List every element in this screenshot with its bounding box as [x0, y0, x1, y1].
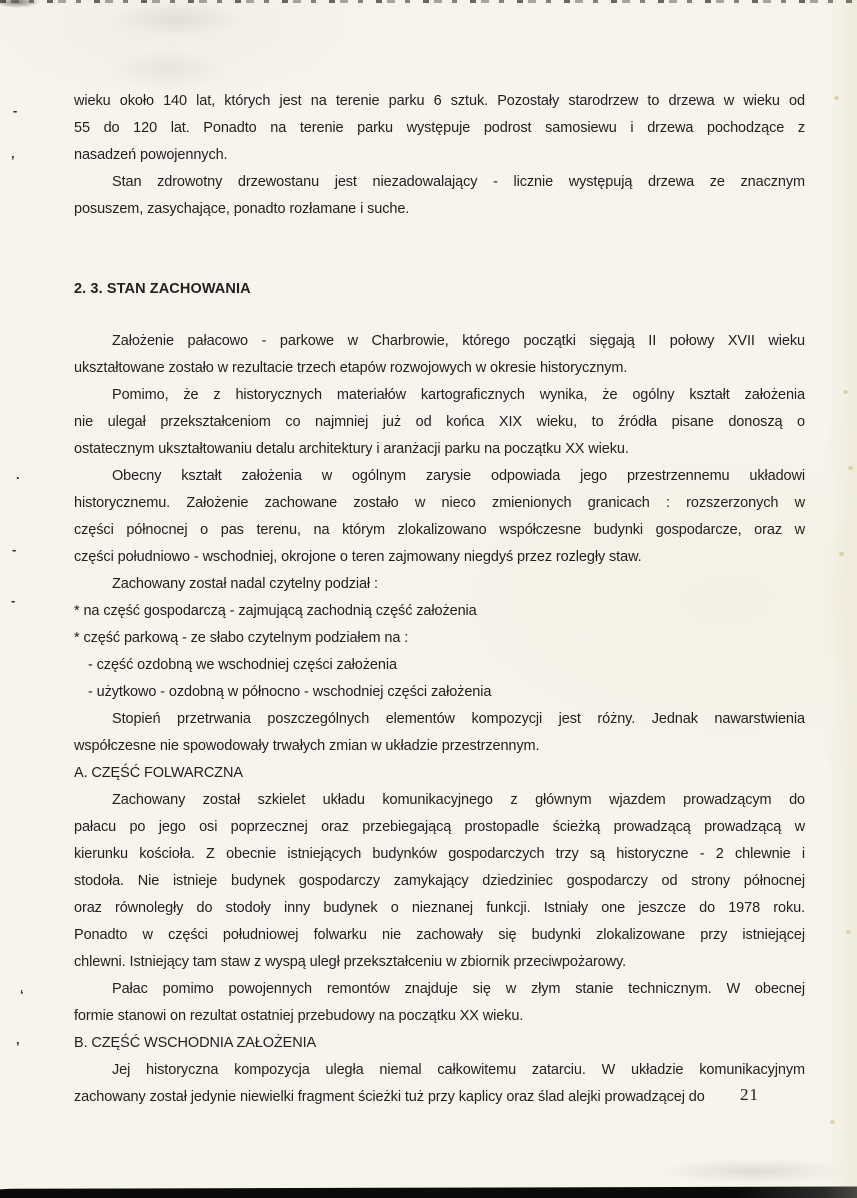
- sub-heading: B. CZĘŚĆ WSCHODNIA ZAŁOŻENIA: [74, 1030, 805, 1057]
- scanned-page: wieku około 140 lat, których jest na ter…: [0, 0, 857, 1198]
- text-line: części południowo - wschodniej, okrojone…: [74, 544, 805, 571]
- text-line: ukształtowane zostało w rezultacie trzec…: [74, 355, 805, 382]
- paragraph: Pomimo, że z historycznych materiałów ka…: [74, 382, 805, 463]
- scan-artifact-mark: -: [13, 104, 17, 117]
- text-line: Stopień przetrwania poszczególnych eleme…: [74, 706, 805, 733]
- paragraph: Pałac pomimo powojennych remontów znajdu…: [74, 976, 805, 1030]
- scan-artifact-mark: ‘: [20, 988, 24, 1001]
- paragraph: Stan zdrowotny drzewostanu jest niezadow…: [74, 169, 805, 223]
- text-line: Zachowany został szkielet układu komunik…: [74, 787, 805, 814]
- text-line: części północnej o pas terenu, na którym…: [74, 517, 805, 544]
- text-line: zachowany został jedynie niewielki fragm…: [74, 1084, 805, 1111]
- list-item: * na część gospodarczą - zajmującą zacho…: [74, 598, 805, 625]
- scan-artifact-mark: -: [11, 594, 15, 607]
- text-line: A. CZĘŚĆ FOLWARCZNA: [74, 760, 805, 787]
- text-line: Zachowany został nadal czytelny podział …: [74, 571, 805, 598]
- paragraph: wieku około 140 lat, których jest na ter…: [74, 88, 805, 169]
- text-line: Stan zdrowotny drzewostanu jest niezadow…: [74, 169, 805, 196]
- text-line: ostatecznym ukształtowaniu detalu archit…: [74, 436, 805, 463]
- text-line: Założenie pałacowo - parkowe w Charbrowi…: [74, 328, 805, 355]
- text-line: 55 do 120 lat. Ponadto na terenie parku …: [74, 115, 805, 142]
- scan-artifact-mark: ’: [16, 1040, 20, 1053]
- list-item: - część ozdobną we wschodniej części zał…: [74, 652, 805, 679]
- scan-edge-bar: [0, 1184, 857, 1198]
- scan-artifact-top-edge: [0, 0, 857, 3]
- list-item: * część parkową - ze słabo czytelnym pod…: [74, 625, 805, 652]
- scan-artifact-speckle: [846, 930, 851, 934]
- section-heading: 2. 3. STAN ZACHOWANIA: [74, 276, 805, 303]
- paragraph: Obecny kształt założenia w ogólnym zarys…: [74, 463, 805, 571]
- document-text: wieku około 140 lat, których jest na ter…: [74, 88, 805, 1111]
- text-line: nie ulegał przekształceniom co najmniej …: [74, 409, 805, 436]
- text-line: Ponadto w części południowej folwarku ni…: [74, 922, 805, 949]
- paragraph: Stopień przetrwania poszczególnych eleme…: [74, 706, 805, 760]
- text-line: stodoła. Nie istnieje budynek gospodarcz…: [74, 868, 805, 895]
- paragraph: Zachowany został szkielet układu komunik…: [74, 787, 805, 976]
- sub-heading: A. CZĘŚĆ FOLWARCZNA: [74, 760, 805, 787]
- text-line: Pałac pomimo powojennych remontów znajdu…: [74, 976, 805, 1003]
- text-line: chlewni. Istniejący tam staw z wyspą ule…: [74, 949, 805, 976]
- text-line: Jej historyczna kompozycja uległa niemal…: [74, 1057, 805, 1084]
- scan-artifact-smudge: [112, 2, 242, 36]
- text-line: Pomimo, że z historycznych materiałów ka…: [74, 382, 805, 409]
- text-line: posuszem, zasychające, ponadto rozłamane…: [74, 196, 805, 223]
- text-line: oraz równoległy do stodoły inny budynek …: [74, 895, 805, 922]
- paragraph: Jej historyczna kompozycja uległa niemal…: [74, 1057, 805, 1111]
- scan-artifact-right-tint: [827, 0, 857, 1198]
- paragraph: Założenie pałacowo - parkowe w Charbrowi…: [74, 328, 805, 382]
- scan-artifact-speckle: [834, 96, 839, 100]
- bullet-list: * na część gospodarczą - zajmującą zacho…: [74, 598, 805, 706]
- scan-artifact-smudge: [660, 1158, 850, 1184]
- scan-artifact-speckle: [848, 466, 853, 470]
- text-line: pałacu po jego osi poprzecznej oraz prze…: [74, 814, 805, 841]
- paragraph: Zachowany został nadal czytelny podział …: [74, 571, 805, 598]
- scan-artifact-smudge: [108, 50, 228, 90]
- text-line: współczesne nie spowodowały trwałych zmi…: [74, 733, 805, 760]
- list-item: - użytkowo - ozdobną w północno - wschod…: [74, 679, 805, 706]
- text-line: historycznemu. Założenie zachowane zosta…: [74, 490, 805, 517]
- text-line: kierunku kościoła. Z obecnie istniejącyc…: [74, 841, 805, 868]
- scan-artifact-speckle: [843, 390, 848, 394]
- text-line: 2. 3. STAN ZACHOWANIA: [74, 276, 805, 303]
- text-line: nasadzeń powojennych.: [74, 142, 805, 169]
- scan-artifact-mark: -: [12, 543, 16, 556]
- text-line: wieku około 140 lat, których jest na ter…: [74, 88, 805, 115]
- scan-artifact-speckle: [830, 1120, 835, 1124]
- text-line: Obecny kształt założenia w ogólnym zarys…: [74, 463, 805, 490]
- text-line: formie stanowi on rezultat ostatniej prz…: [74, 1003, 805, 1030]
- scan-artifact-speckle: [839, 552, 844, 556]
- text-line: B. CZĘŚĆ WSCHODNIA ZAŁOŻENIA: [74, 1030, 805, 1057]
- scan-artifact-mark: ’: [11, 154, 15, 167]
- page-number: 21: [740, 1085, 759, 1105]
- scan-artifact-mark: .: [16, 468, 20, 481]
